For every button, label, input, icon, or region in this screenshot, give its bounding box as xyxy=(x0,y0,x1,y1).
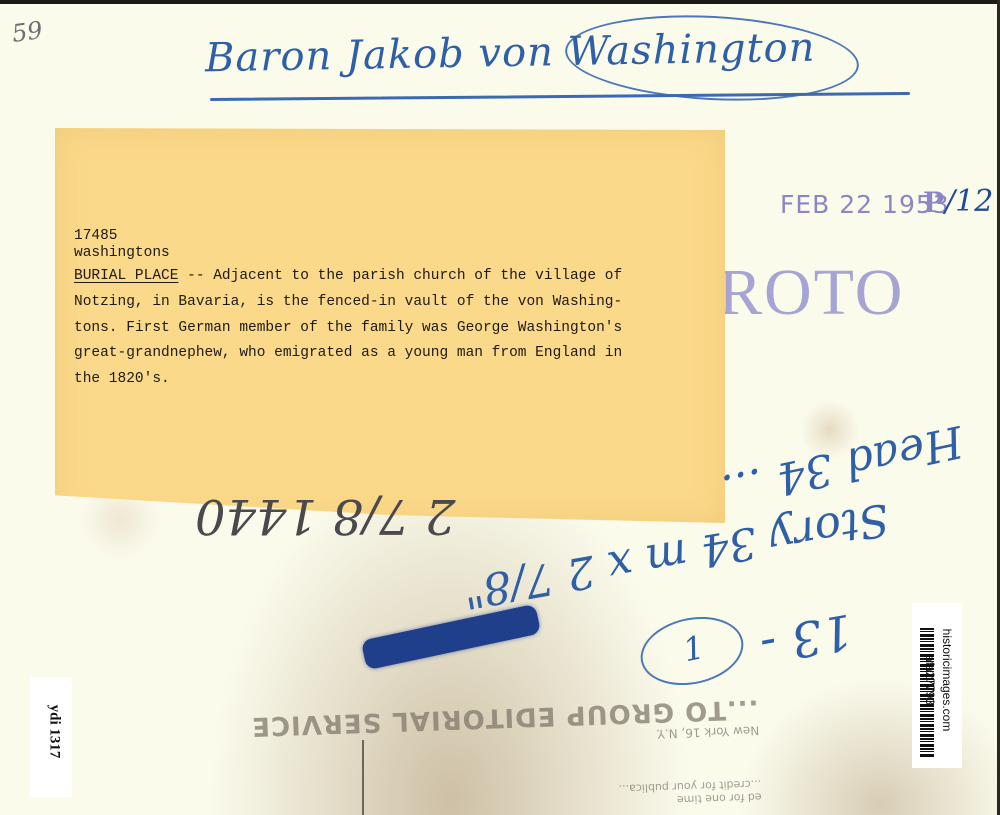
top-border xyxy=(0,0,1000,4)
corner-pencil-mark: 59 xyxy=(10,16,44,48)
stamp-border-line xyxy=(362,740,364,815)
inventory-label: ydi 1317 xyxy=(30,677,72,797)
editorial-service-stamp: ed for one time ...credit for your publi… xyxy=(378,693,762,815)
barcode-site: historicimages.com xyxy=(940,615,954,745)
title-underline xyxy=(210,92,910,101)
handwritten-page-number: /12 xyxy=(945,184,993,219)
caption-body: BURIAL PLACE -- Adjacent to the parish c… xyxy=(74,264,644,393)
caption-line: -- Adjacent to the parish church of the … xyxy=(178,268,622,284)
caption-line: tons. First German member of the family … xyxy=(74,316,644,342)
caption-subject: washingtons xyxy=(74,245,644,262)
caption-text: 17485 washingtons BURIAL PLACE -- Adjace… xyxy=(74,228,644,393)
caption-id: 17485 xyxy=(74,228,644,245)
date-stamp-suffix: P xyxy=(923,186,944,219)
circled-number: 1 xyxy=(634,608,749,694)
caption-line: great-grandnephew, who emigrated as a yo… xyxy=(74,341,644,367)
inventory-label-text: ydi 1317 xyxy=(46,672,63,792)
pencil-note-upside-down: 2 7/8 1440 xyxy=(195,488,455,544)
caption-line: Notzing, in Bavaria, is the fenced-in va… xyxy=(74,290,644,316)
photo-verso: 59 Baron Jakob von Washington FEB 22 195… xyxy=(0,0,1000,815)
ink-scribble xyxy=(361,604,541,670)
handwritten-note-number: 13 - xyxy=(756,602,857,673)
circled-number-text: 1 xyxy=(680,628,708,669)
barcode-id: afa27793 xyxy=(923,615,937,745)
barcode-label: historicimages.com afa27793 xyxy=(912,603,962,768)
caption-line: the 1820's. xyxy=(74,367,644,393)
caption-heading: BURIAL PLACE xyxy=(74,268,178,284)
agency-stamp: ROTO xyxy=(718,255,904,331)
